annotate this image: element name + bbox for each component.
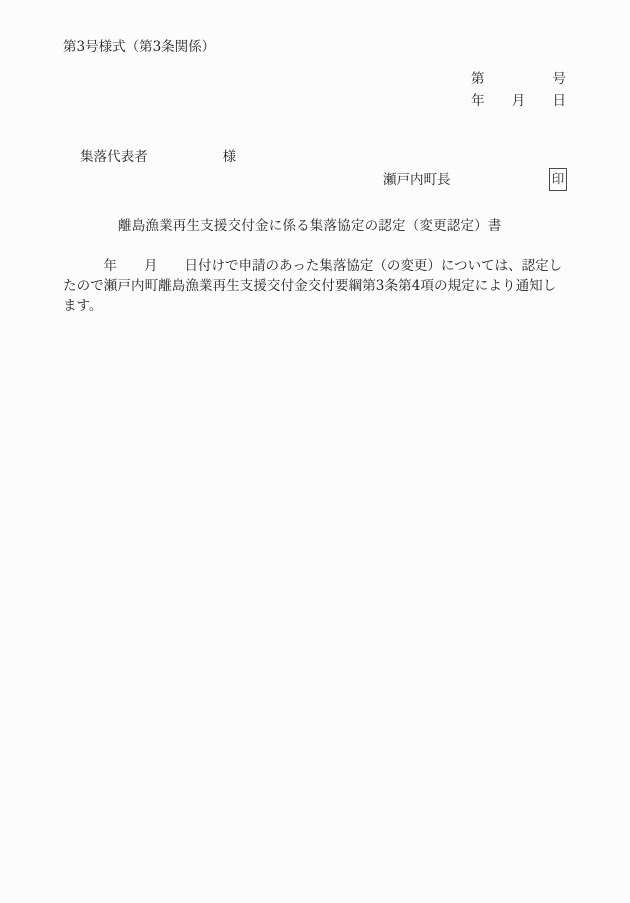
document-number-line: 第 号 — [471, 70, 566, 90]
body-paragraph-line-2: たので瀬戸内町離島漁業再生支援交付金交付要綱第3条第4項の規定により通知し — [63, 277, 569, 297]
body-paragraph-line-3: ます。 — [63, 297, 569, 317]
document-title: 離島漁業再生支援交付金に係る集落協定の認定（変更認定）書 — [118, 217, 502, 237]
date-month-label: 月 — [512, 92, 526, 112]
issuer-line: 瀬戸内町長 印 — [383, 170, 567, 191]
addressee-line: 集落代表者様 — [63, 128, 236, 187]
document-page: 第3号様式（第3条関係） 第 号 年 月 日 集落代表者様 瀬戸内町長 印 離島… — [0, 0, 630, 903]
addressee-honorific: 様 — [223, 149, 237, 165]
seal-placeholder-box: 印 — [549, 168, 567, 191]
issuer-title: 瀬戸内町長 — [383, 171, 451, 191]
date-year-label: 年 — [471, 92, 485, 112]
body-paragraph-line-1: 年 月 日付けで申請のあった集落協定（の変更）については、認定し — [63, 257, 569, 277]
date-line: 年 月 日 — [471, 92, 566, 112]
addressee-name: 集落代表者 — [80, 149, 148, 165]
date-day-label: 日 — [553, 92, 567, 112]
document-number-suffix: 号 — [553, 70, 567, 90]
form-number: 第3号様式（第3条関係） — [63, 38, 215, 58]
document-number-prefix: 第 — [471, 70, 485, 90]
